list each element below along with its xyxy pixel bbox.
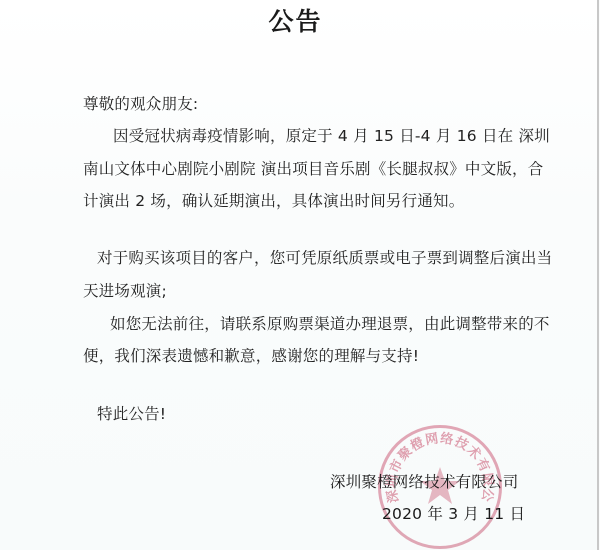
paragraph-3-line-1: 如您无法前往，请联系原购票渠道办理退票，由此调整带来的不 [110,314,550,334]
page-edge-divider [597,0,599,550]
signature-company: 深圳聚橙网络技术有限公司 [330,472,518,492]
page-title: 公告 [0,2,597,38]
paragraph-2-line-2: 天进场观演; [83,281,167,301]
paragraph-1-line-1: 因受冠状病毒疫情影响，原定于 4 月 15 日-4 月 16 日在 深圳 [113,126,550,146]
closing-text: 特此公告! [97,404,166,424]
paragraph-2-line-1: 对于购买该项目的客户，您可凭原纸质票或电子票到调整后演出当 [97,248,552,268]
paragraph-1-line-2: 南山文体中心剧院小剧院 演出项目音乐剧《长腿叔叔》中文版，合 [83,159,543,179]
signature-date: 2020 年 3 月 11 日 [382,504,525,524]
paragraph-3-line-2: 便，我们深表遗憾和歉意，感谢您的理解与支持! [83,346,419,366]
title-text: 公告 [268,2,322,38]
notice-page: 公告 尊敬的观众朋友: 因受冠状病毒疫情影响，原定于 4 月 15 日-4 月 … [0,0,597,550]
paragraph-1-line-3: 计演出 2 场，确认延期演出，具体演出时间另行通知。 [83,191,464,211]
salutation: 尊敬的观众朋友: [83,94,198,114]
